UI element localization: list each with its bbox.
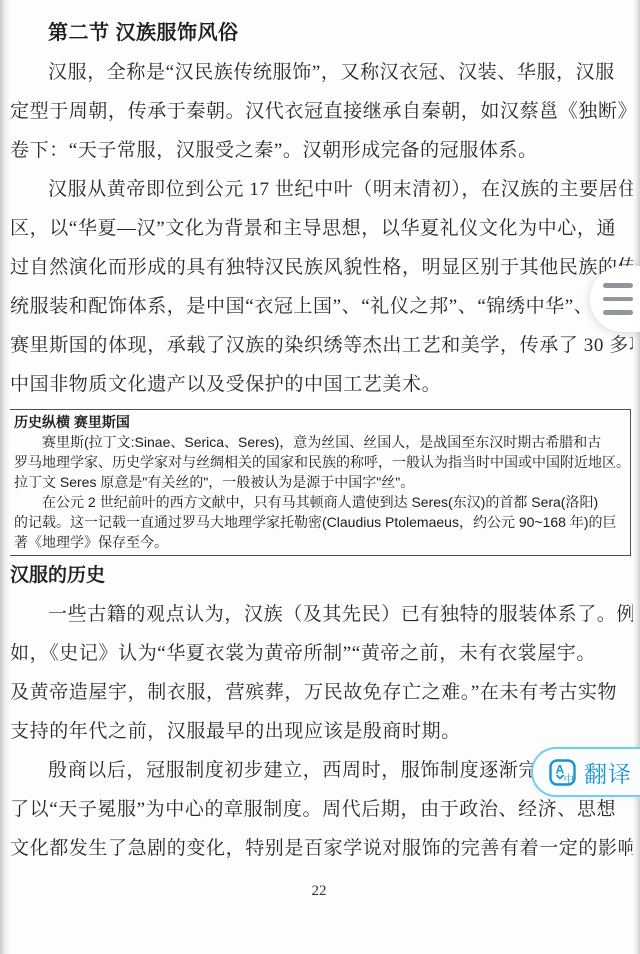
sidebar-box-line: 著《地理学》保存至今。 — [14, 532, 624, 552]
sidebar-box-line: 罗马地理学家、历史学家对与丝绸相关的国家和民族的称呼，一般认为指当时中国或中国附… — [14, 452, 624, 472]
sidebar-box-line: 拉丁文 Seres 原意是"有关丝的"，一般被认为是源于中国字"丝"。 — [14, 472, 624, 492]
paragraph-1: 汉服，全称是“汉民族传统服饰”，又称汉衣冠、汉装、华服，汉服 定型于周朝，传承于… — [10, 53, 628, 170]
sidebar-box-line: 的记载。这一记载一直通过罗马大地理学家托勒密(Claudius Ptolemae… — [14, 512, 624, 532]
sidebar-box-title: 历史纵横 赛里斯国 — [14, 412, 624, 432]
paragraph-line: 支持的年代之前，汉服最早的出现应该是殷商时期。 — [10, 712, 628, 751]
paragraph-line: 定型于周朝，传承于秦朝。汉代衣冠直接继承自秦朝，如汉蔡邕《独断》 — [10, 92, 628, 131]
paragraph-2: 汉服从黄帝即位到公元 17 世纪中叶（明末清初），在汉族的主要居住 区，以“华夏… — [10, 170, 628, 404]
page-title: 第二节 汉族服饰风俗 — [10, 14, 628, 53]
sidebar-box-line: 在公元 2 世纪前叶的西方文献中，只有马其顿商人遣使到达 Seres(东汉)的首… — [14, 492, 624, 512]
paragraph-line: 了以“天子冕服”为中心的章服制度。周代后期，由于政治、经济、思想 — [10, 790, 628, 829]
translate-button-label: 翻译 — [584, 756, 632, 789]
paragraph-line: 赛里斯国的体现，承载了汉族的染织绣等杰出工艺和美学，传承了 30 多项 — [10, 326, 628, 365]
paragraph-line: 一些古籍的观点认为，汉族（及其先民）已有独特的服装体系了。例 — [10, 595, 628, 634]
translate-icon: A 中 — [549, 759, 576, 786]
paragraph-line: 及黄帝造屋宇，制衣服，营殡葬，万民故免存亡之难。”在未有考古实物 — [10, 673, 628, 712]
section-heading: 汉服的历史 — [10, 556, 628, 595]
paragraph-line: 卷下：“天子常服，汉服受之秦”。汉朝形成完备的冠服体系。 — [10, 131, 628, 170]
paragraph-line: 如，《史记》认为“华夏衣裳为黄帝所制”“黄帝之前，未有衣裳屋宇。 — [10, 634, 628, 673]
paragraph-line: 汉服，全称是“汉民族传统服饰”，又称汉衣冠、汉装、华服，汉服 — [10, 53, 628, 92]
page-number: 22 — [10, 880, 628, 902]
paragraph-3: 一些古籍的观点认为，汉族（及其先民）已有独特的服装体系了。例 如，《史记》认为“… — [10, 595, 628, 751]
sidebar-box-line: 赛里斯(拉丁文:Sinae、Serica、Seres)，意为丝国、丝国人，是战国… — [14, 432, 624, 452]
paragraph-line: 过自然演化而形成的具有独特汉民族风貌性格，明显区别于其他民族的传 — [10, 248, 628, 287]
translate-button[interactable]: A 中 翻译 — [531, 747, 640, 797]
svg-text:中: 中 — [564, 772, 575, 785]
paragraph-line: 统服装和配饰体系，是中国“衣冠上国”、“礼仪之邦”、“锦绣中华”、 — [10, 287, 628, 326]
history-sidebar-box: 历史纵横 赛里斯国 赛里斯(拉丁文:Sinae、Serica、Seres)，意为… — [7, 409, 631, 556]
paragraph-line: 区，以“华夏—汉”文化为背景和主导思想，以华夏礼仪文化为中心，通 — [10, 209, 628, 248]
paragraph-line: 文化都发生了急剧的变化，特别是百家学说对服饰的完善有着一定的影响， — [10, 829, 628, 868]
document-page: 第二节 汉族服饰风俗 汉服，全称是“汉民族传统服饰”，又称汉衣冠、汉装、华服，汉… — [0, 0, 640, 954]
paragraph-line: 中国非物质文化遗产以及受保护的中国工艺美术。 — [10, 365, 628, 404]
paragraph-line: 汉服从黄帝即位到公元 17 世纪中叶（明末清初），在汉族的主要居住 — [10, 170, 628, 209]
